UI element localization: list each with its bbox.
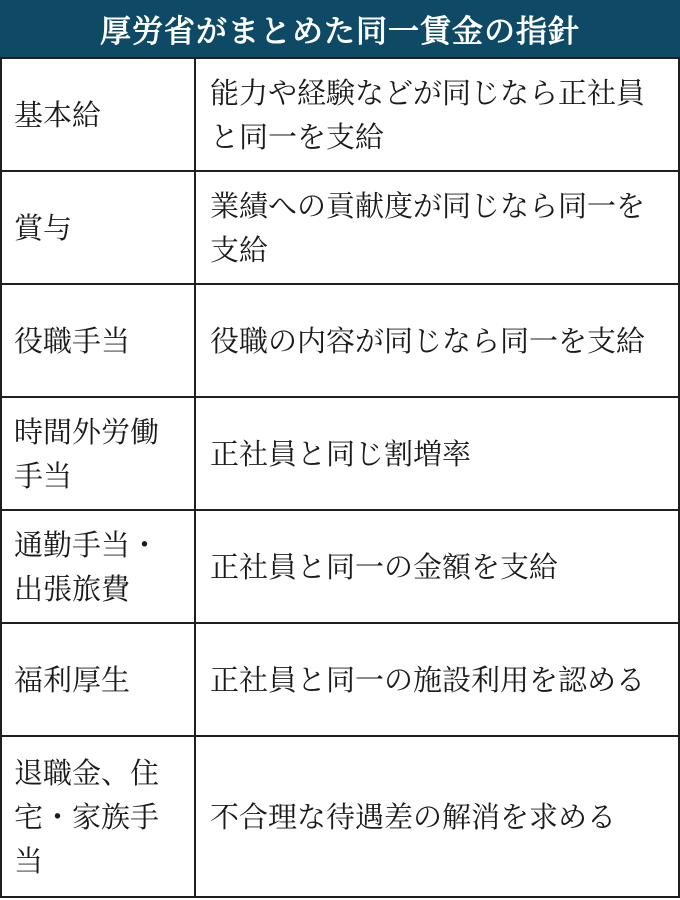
item-cell: 福利厚生 — [0, 624, 196, 735]
item-cell: 時間外労働手当 — [0, 398, 196, 509]
guideline-cell: 不合理な待遇差の解消を求める — [196, 737, 680, 897]
item-cell: 役職手当 — [0, 285, 196, 396]
table-row: 時間外労働手当 正社員と同じ割増率 — [0, 398, 680, 511]
title-text: 厚労省がまとめた同一賃金の指針 — [100, 6, 580, 51]
guideline-cell: 役職の内容が同じなら同一を支給 — [196, 285, 680, 396]
item-cell: 通勤手当・出張旅費 — [0, 511, 196, 622]
guideline-cell: 正社員と同じ割増率 — [196, 398, 680, 509]
table-title: 厚労省がまとめた同一賃金の指針 — [0, 0, 680, 59]
guideline-table: 基本給 能力や経験などが同じなら正社員と同一を支給 賞与 業績への貢献度が同じな… — [0, 59, 680, 897]
item-cell: 退職金、住宅・家族手当 — [0, 737, 196, 897]
guideline-cell: 正社員と同一の金額を支給 — [196, 511, 680, 622]
guideline-cell: 業績への貢献度が同じなら同一を支給 — [196, 172, 680, 283]
table-row: 退職金、住宅・家族手当 不合理な待遇差の解消を求める — [0, 737, 680, 897]
table-row: 福利厚生 正社員と同一の施設利用を認める — [0, 624, 680, 737]
table-row: 基本給 能力や経験などが同じなら正社員と同一を支給 — [0, 59, 680, 172]
table-row: 賞与 業績への貢献度が同じなら同一を支給 — [0, 172, 680, 285]
guideline-cell: 能力や経験などが同じなら正社員と同一を支給 — [196, 59, 680, 170]
guideline-cell: 正社員と同一の施設利用を認める — [196, 624, 680, 735]
table-row: 通勤手当・出張旅費 正社員と同一の金額を支給 — [0, 511, 680, 624]
item-cell: 基本給 — [0, 59, 196, 170]
table-row: 役職手当 役職の内容が同じなら同一を支給 — [0, 285, 680, 398]
item-cell: 賞与 — [0, 172, 196, 283]
